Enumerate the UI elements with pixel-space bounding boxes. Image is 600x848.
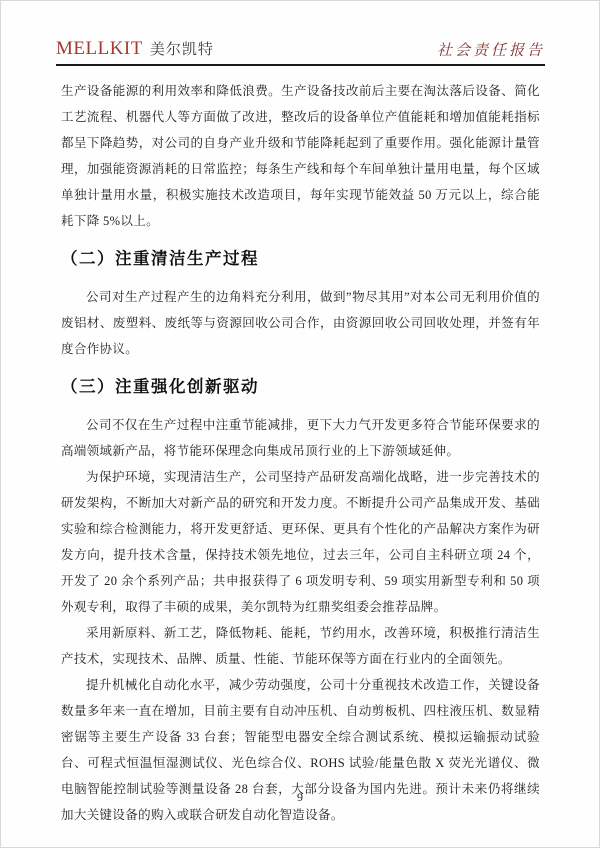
section-heading-3: （三）注重强化创新驱动 [61, 377, 540, 398]
paragraph: 为保护环境，实现清洁生产，公司坚持产品研发高端化战略，进一步完善技术的研发架构，… [61, 464, 540, 620]
paragraph: 公司不仅在生产过程中注重节能减排，更下大力气开发更多符合节能环保要求的高端领域新… [61, 412, 540, 464]
paragraph: 公司对生产过程产生的边角料充分利用，做到”物尽其用”对本公司无利用价值的废铝材、… [61, 284, 540, 362]
report-page: MELLKIT 美尔凯特 社会责任报告 生产设备能源的利用效率和降低浪费。生产设… [0, 0, 600, 848]
logo-wordmark: MELLKIT [56, 38, 143, 60]
report-title: 社会责任报告 [437, 39, 545, 60]
page-number: 9 [1, 790, 599, 805]
section-heading-2: （二）注重清洁生产过程 [61, 249, 540, 270]
logo-chinese-name: 美尔凯特 [150, 38, 214, 59]
paragraph-continued: 生产设备能源的利用效率和降低浪费。生产设备技改前后主要在淘汰落后设备、简化工艺流… [61, 78, 540, 234]
page-header: MELLKIT 美尔凯特 社会责任报告 [56, 1, 545, 66]
paragraph: 采用新原料、新工艺，降低物耗、能耗，节约用水，改善环境，积极推行清洁生产技术，实… [61, 620, 540, 672]
document-body: 生产设备能源的利用效率和降低浪费。生产设备技改前后主要在淘汰落后设备、简化工艺流… [61, 78, 540, 828]
company-logo: MELLKIT 美尔凯特 [56, 38, 214, 60]
